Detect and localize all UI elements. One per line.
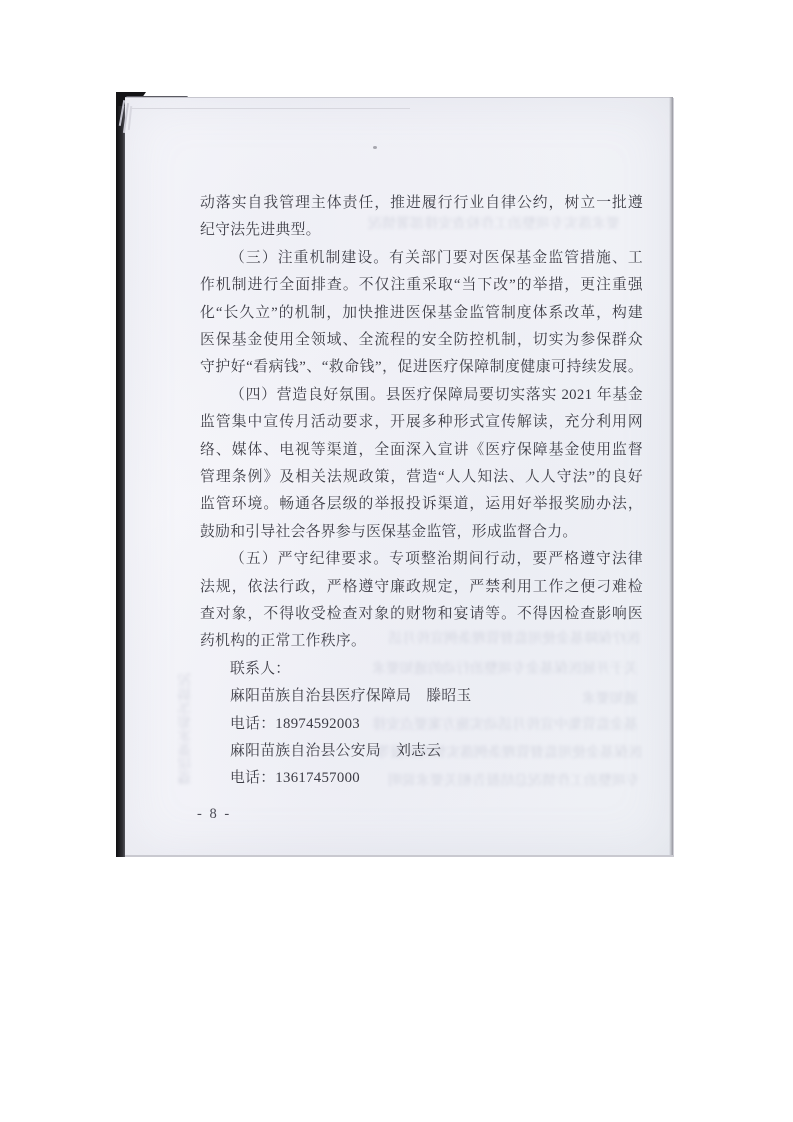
document-line: 管理条例》及相关法规政策，营造“人人知法、人人守法”的良好 xyxy=(200,464,643,491)
document-line: 法规，依法行政，严格遵守廉政规定，严禁利用工作之便刁难检 xyxy=(200,574,643,601)
contact-phone-line: 电话：18974592003 xyxy=(200,711,643,738)
scan-speck xyxy=(373,146,377,149)
scanner-backing-strip xyxy=(116,95,125,857)
document-line: 化“长久立”的机制，加快推进医保基金监管制度体系改革，构建 xyxy=(200,300,643,327)
document-line: 纪守法先进典型。 xyxy=(200,217,643,244)
document-line: （三）注重机制建设。有关部门要对医保基金监管措施、工 xyxy=(200,245,643,272)
paper-bottom-edge-line xyxy=(125,855,674,857)
under-sheet-edge-line xyxy=(130,108,410,109)
contact-phone-line: 电话：13617457000 xyxy=(200,765,643,792)
document-line: （四）营造良好氛围。县医疗保障局要切实落实 2021 年基金 xyxy=(200,382,643,409)
document-line: （五）严守纪律要求。专项整治期间行动，要严格遵守法律 xyxy=(200,546,643,573)
document-line: 药机构的正常工作秩序。 xyxy=(200,628,643,655)
contact-heading-line: 联系人： xyxy=(200,656,643,683)
document-line: 作机制进行全面排查。不仅注重采取“当下改”的举措，更注重强 xyxy=(200,272,643,299)
page-number: - 8 - xyxy=(197,806,231,823)
document-line: 医保基金使用全领域、全流程的安全防控机制，切实为参保群众 xyxy=(200,327,643,354)
document-line: 监管环境。畅通各层级的举报投诉渠道，运用好举报奖励办法， xyxy=(200,491,643,518)
contact-agency-line: 麻阳苗族自治县公安局 刘志云 xyxy=(200,738,643,765)
document-line: 监管集中宣传月活动要求，开展多种形式宣传解读，充分利用网 xyxy=(200,409,643,436)
document-line: 鼓励和引导社会各界参与医保基金监管，形成监督合力。 xyxy=(200,519,643,546)
contact-agency-line: 麻阳苗族自治县医疗保障局 滕昭玉 xyxy=(200,683,643,710)
scanned-document-page: 要求落实专项整治工作检查安排部署情况 医疗保障基金使用监督管理条例宣传月活动 关… xyxy=(0,0,793,1122)
document-line: 守护好“看病钱”、“救命钱”，促进医疗保障制度健康可持续发展。 xyxy=(200,354,643,381)
document-line: 查对象，不得收受检查对象的财物和宴请等。不得因检查影响医 xyxy=(200,601,643,628)
document-line: 动落实自我管理主体责任，推进履行行业自律公约，树立一批遵 xyxy=(200,190,643,217)
bleedthrough-text: 整治要求落实情况 xyxy=(176,565,192,785)
paper-right-edge-line xyxy=(673,98,674,856)
document-line: 络、媒体、电视等渠道，全面深入宣讲《医疗保障基金使用监督 xyxy=(200,437,643,464)
